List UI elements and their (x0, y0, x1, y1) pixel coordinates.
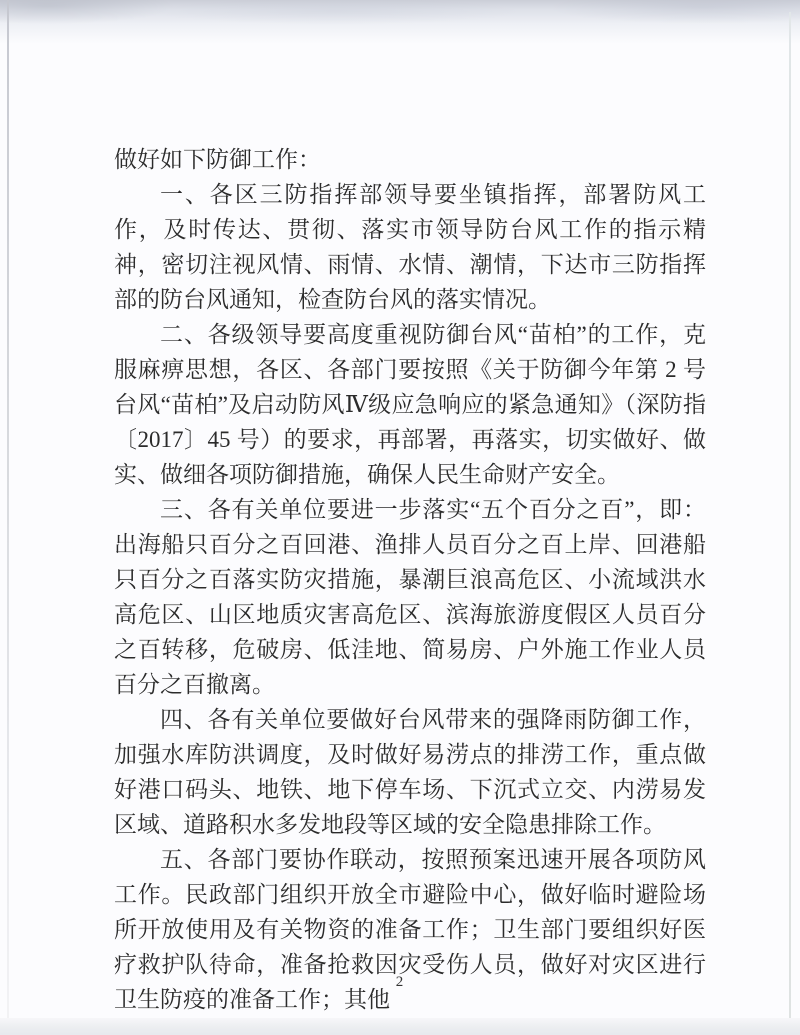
paragraph: 三、各有关单位要进一步落实“五个百分之百”，即：出海船只百分之百回港、渔排人员百… (114, 492, 706, 702)
paragraph: 一、各区三防指挥部领导要坐镇指挥，部署防风工作，及时传达、贯彻、落实市领导防台风… (114, 177, 706, 317)
document-body: 做好如下防御工作： 一、各区三防指挥部领导要坐镇指挥，部署防风工作，及时传达、贯… (114, 142, 706, 1017)
scan-artifact-bottom-edge (0, 1018, 800, 1035)
scanned-document-page: 做好如下防御工作： 一、各区三防指挥部领导要坐镇指挥，部署防风工作，及时传达、贯… (0, 0, 800, 1035)
scan-artifact-left-edge (7, 0, 9, 1035)
paragraph-continuation: 做好如下防御工作： (114, 142, 706, 177)
paragraph: 二、各级领导要高度重视防御台风“苗柏”的工作，克服麻痹思想，各区、各部门要按照《… (114, 317, 706, 492)
scan-artifact-top-edge (0, 0, 800, 44)
page-number: 2 (0, 974, 800, 991)
paragraph-list: 一、各区三防指挥部领导要坐镇指挥，部署防风工作，及时传达、贯彻、落实市领导防台风… (114, 177, 706, 1017)
scan-artifact-top-texture (0, 0, 800, 60)
scan-artifact-right-edge (789, 12, 791, 1022)
paragraph: 四、各有关单位要做好台风带来的强降雨防御工作，加强水库防洪调度，及时做好易涝点的… (114, 702, 706, 842)
